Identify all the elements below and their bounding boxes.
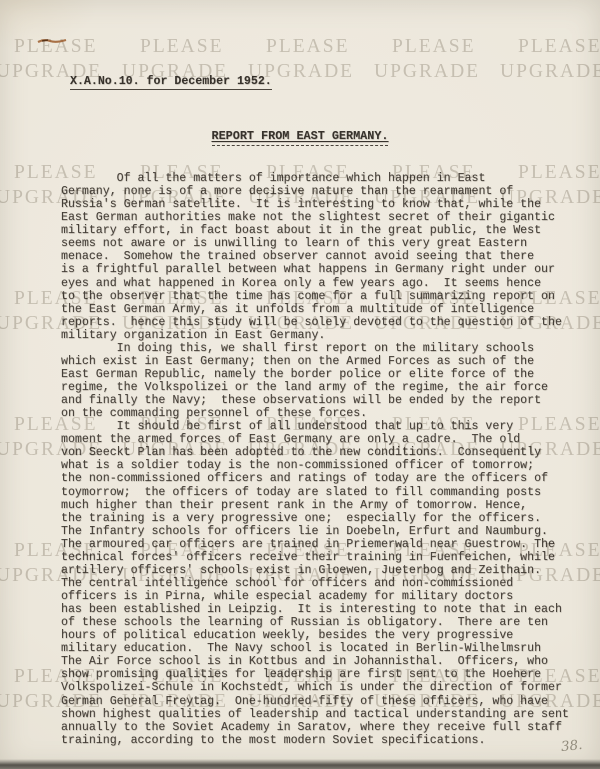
scanned-document-page: PLEASEPLEASEPLEASEPLEASEPLEASEUPGRADEUPG… — [0, 0, 600, 769]
title-row: REPORT FROM EAST GERMANY. — [0, 126, 600, 146]
ink-smudge-mark — [36, 35, 68, 47]
scan-bottom-edge — [0, 759, 600, 769]
page-number: 38. — [560, 737, 583, 755]
watermark-text: PLEASEPLEASEPLEASEPLEASEPLEASE — [14, 36, 600, 58]
report-body-text: Of all the matters of importance which h… — [61, 172, 569, 747]
document-reference-header: X.A.No.10. for December 1952. — [70, 75, 272, 90]
report-title: REPORT FROM EAST GERMANY. — [212, 129, 389, 146]
